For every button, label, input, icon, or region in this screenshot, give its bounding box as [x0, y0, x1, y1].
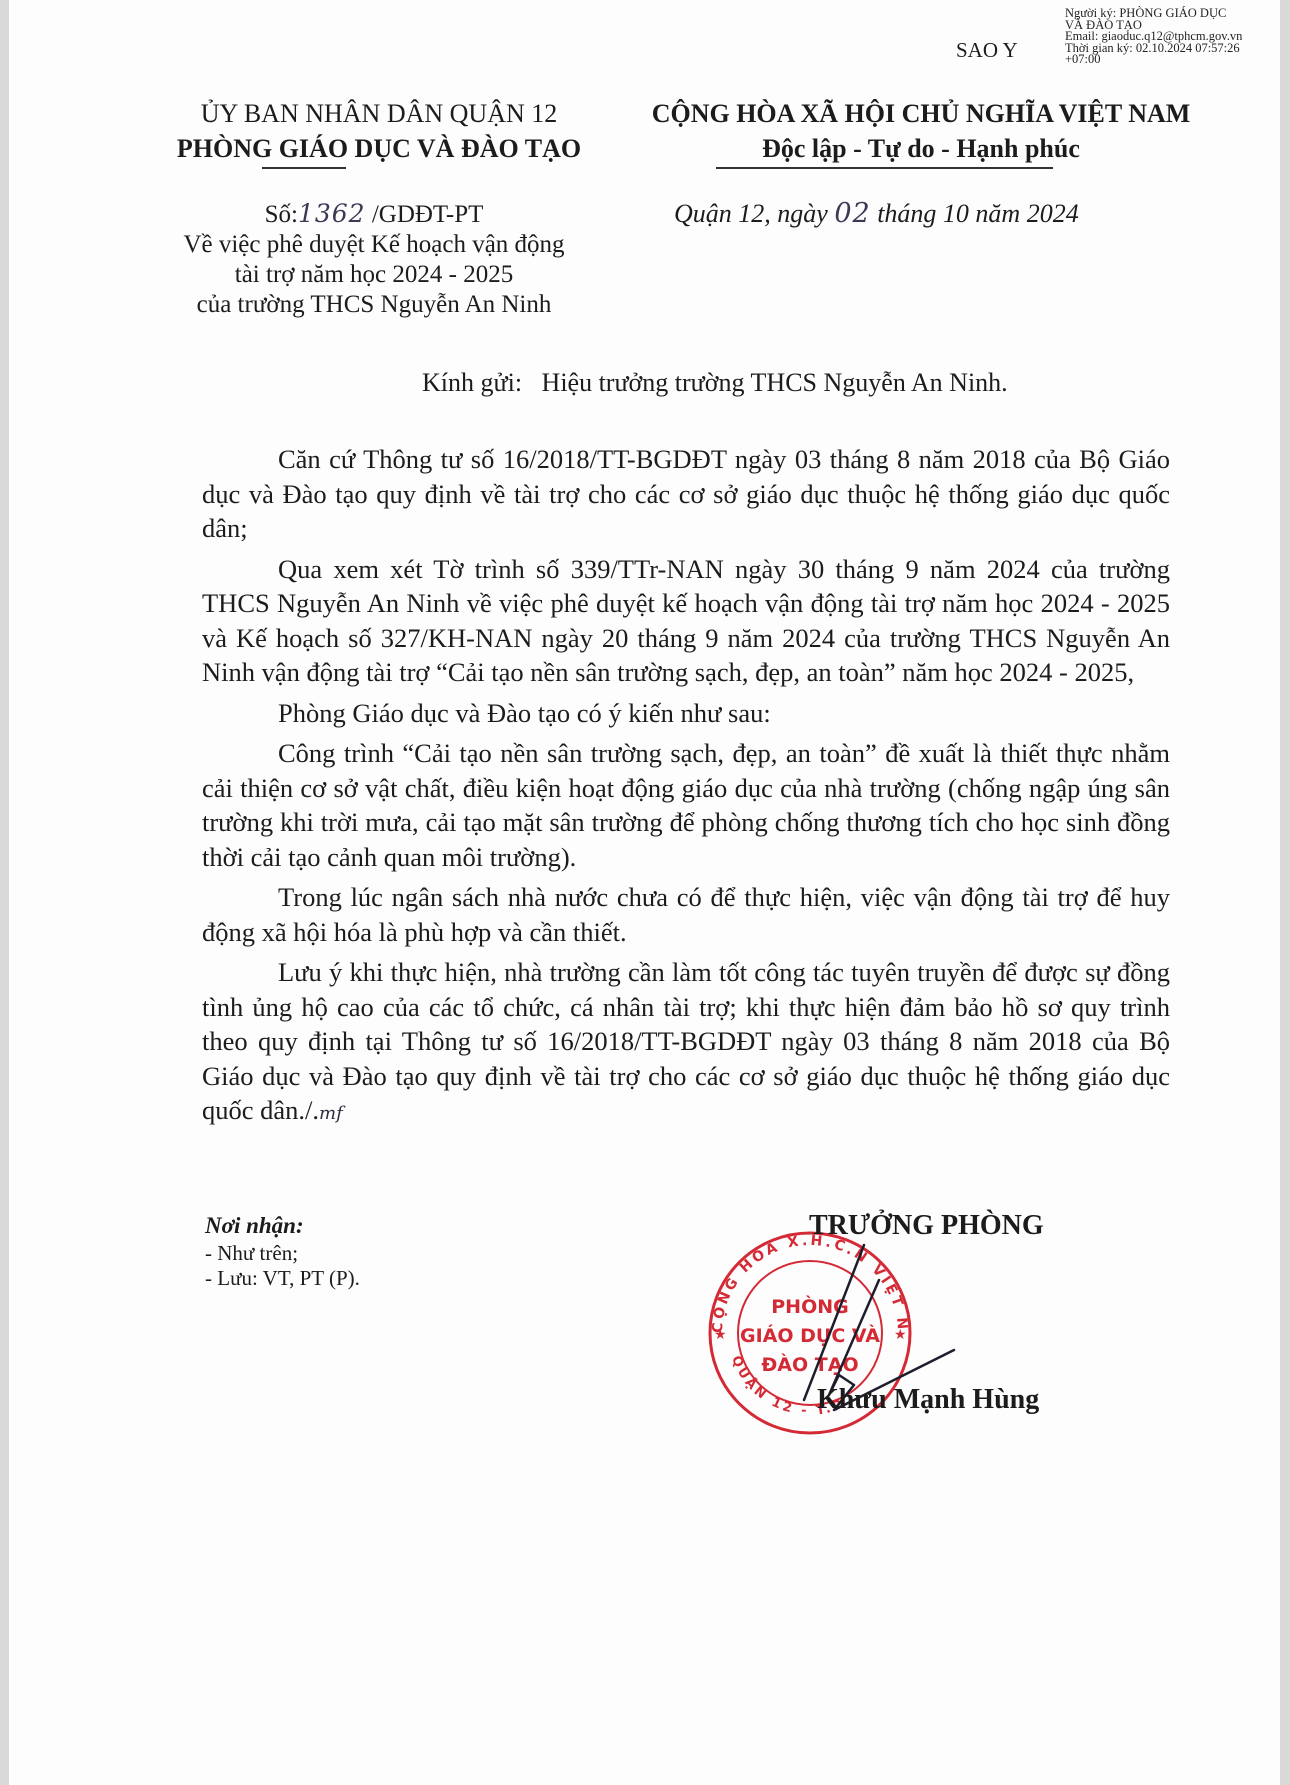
issuer-name: PHÒNG GIÁO DỤC VÀ ĐÀO TẠO — [144, 132, 614, 166]
body-paragraph: Công trình “Cải tạo nền sân trường sạch,… — [202, 736, 1170, 874]
recipient-item: - Lưu: VT, PT (P). — [205, 1266, 360, 1291]
national-header: CỘNG HÒA XÃ HỘI CHỦ NGHĨA VIỆT NAM Độc l… — [621, 96, 1221, 166]
subject-line: của trường THCS Nguyễn An Ninh — [149, 290, 599, 320]
document-page: SAO Y Người ký: PHÒNG GIÁO DỤC VÀ ĐÀO TẠ… — [9, 0, 1280, 1785]
digital-signature-info: Người ký: PHÒNG GIÁO DỤC VÀ ĐÀO TẠO Emai… — [1065, 8, 1242, 66]
signing-timezone: +07:00 — [1065, 54, 1242, 66]
document-date: Quận 12, ngày 02 tháng 10 năm 2024 — [674, 198, 1184, 229]
body-paragraph: Qua xem xét Tờ trình số 339/TTr-NAN ngày… — [202, 552, 1170, 690]
issuer-parent: ỦY BAN NHÂN DÂN QUẬN 12 — [144, 96, 614, 132]
recipient-item: - Như trên; — [205, 1241, 360, 1266]
body-paragraph: Căn cứ Thông tư số 16/2018/TT-BGDĐT ngày… — [202, 442, 1170, 546]
document-number: Số:1362 /GDĐT-PT — [149, 199, 599, 230]
closing-paragraph-text: Lưu ý khi thực hiện, nhà trường cần làm … — [202, 957, 1170, 1125]
subject-line: Về việc phê duyệt Kế hoạch vận động — [149, 230, 599, 260]
date-suffix: tháng 10 năm 2024 — [871, 199, 1079, 228]
handwritten-number: 1362 — [298, 199, 366, 228]
body-paragraph: Lưu ý khi thực hiện, nhà trường cần làm … — [202, 955, 1170, 1132]
national-motto: Độc lập - Tự do - Hạnh phúc — [621, 132, 1221, 166]
signer-name: Khưu Mạnh Hùng — [817, 1384, 1039, 1416]
date-prefix: Quận 12, ngày — [674, 199, 834, 228]
initials-mark: mf — [319, 1103, 343, 1124]
recipients-block: Nơi nhận: - Như trên; - Lưu: VT, PT (P). — [205, 1211, 360, 1291]
addressee: Kính gửi: Hiệu trưởng trường THCS Nguyễn… — [422, 368, 1008, 398]
letter-body: Căn cứ Thông tư số 16/2018/TT-BGDĐT ngày… — [202, 442, 1170, 1138]
copy-mark-label: SAO Y — [956, 38, 1018, 63]
document-reference: Số:1362 /GDĐT-PT Về việc phê duyệt Kế ho… — [149, 199, 599, 320]
handwritten-day: 02 — [834, 198, 870, 229]
svg-text:★: ★ — [714, 1327, 727, 1343]
motto-underline — [716, 167, 1053, 169]
subject-line: tài trợ năm học 2024 - 2025 — [149, 260, 599, 290]
body-paragraph: Trong lúc ngân sách nhà nước chưa có để … — [202, 880, 1170, 949]
number-suffix: /GDĐT-PT — [366, 201, 484, 228]
issuer-underline — [262, 167, 346, 169]
national-title: CỘNG HÒA XÃ HỘI CHỦ NGHĨA VIỆT NAM — [621, 96, 1221, 132]
body-paragraph: Phòng Giáo dục và Đào tạo có ý kiến như … — [202, 696, 1170, 731]
recipients-title: Nơi nhận: — [205, 1211, 360, 1241]
number-prefix: Số: — [265, 201, 298, 228]
issuer-header: ỦY BAN NHÂN DÂN QUẬN 12 PHÒNG GIÁO DỤC V… — [144, 96, 614, 166]
